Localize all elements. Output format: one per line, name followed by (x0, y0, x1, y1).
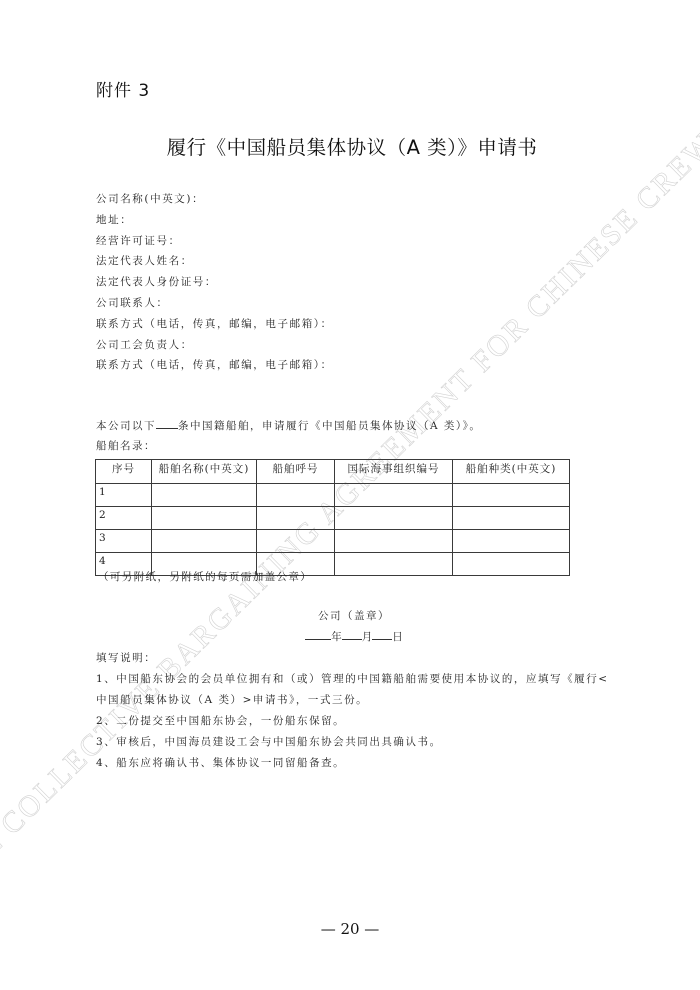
cell-ship-type (453, 484, 570, 507)
field-contact-method: 联系方式（电话，传真，邮编，电子邮箱）： (96, 314, 333, 335)
field-license-number: 经营许可证号： (96, 231, 333, 252)
header-seq: 序号 (96, 460, 152, 484)
table-row: 1 (96, 484, 570, 507)
header-imo-number: 国际海事组织编号 (335, 460, 453, 484)
cell-call-sign (257, 507, 335, 530)
field-company-contact: 公司联系人： (96, 293, 333, 314)
document-page: THE COLLECTIVE BARGAINING AGREEMENT FOR … (0, 0, 700, 990)
ship-count-blank (156, 416, 178, 429)
attachment-label: 附件 3 (96, 76, 150, 101)
day-blank (372, 627, 392, 640)
header-call-sign: 船舶呼号 (257, 460, 335, 484)
day-label: 日 (392, 631, 403, 643)
field-legal-rep-name: 法定代表人姓名： (96, 251, 333, 272)
cell-ship-name (152, 507, 257, 530)
instruction-item: 4、船东应将确认书、集体协议一同留船备查。 (96, 753, 616, 774)
year-blank (305, 627, 331, 640)
header-ship-type: 船舶种类(中英文) (453, 460, 570, 484)
application-statement: 本公司以下条中国籍船舶，申请履行《中国船员集体协议（A 类）》。 (96, 416, 481, 436)
month-label: 月 (362, 631, 373, 643)
field-address: 地址： (96, 210, 333, 231)
table-header-row: 序号 船舶名称(中英文) 船舶呼号 国际海事组织编号 船舶种类(中英文) (96, 460, 570, 484)
cell-imo-number (335, 553, 453, 576)
cell-seq: 2 (96, 507, 152, 530)
cell-ship-name (152, 484, 257, 507)
table-row: 3 (96, 530, 570, 553)
cell-ship-type (453, 553, 570, 576)
cell-imo-number (335, 484, 453, 507)
filling-instructions: 填写说明： 1、中国船东协会的会员单位拥有和（或）管理的中国籍船舶需要使用本协议… (96, 648, 616, 774)
ship-table: 序号 船舶名称(中英文) 船舶呼号 国际海事组织编号 船舶种类(中英文) 1 2 (95, 459, 570, 576)
year-label: 年 (331, 631, 342, 643)
cell-call-sign (257, 484, 335, 507)
statement-prefix: 本公司以下 (96, 420, 156, 432)
date-line: 年月日 (0, 627, 700, 647)
field-union-head: 公司工会负责人： (96, 335, 333, 356)
ship-list-label: 船舶名录： (96, 436, 156, 456)
field-legal-rep-id: 法定代表人身份证号： (96, 272, 333, 293)
instruction-item: 3、审核后，中国海员建设工会与中国船东协会共同出具确认书。 (96, 732, 616, 753)
month-blank (342, 627, 362, 640)
field-company-name: 公司名称(中英文)： (96, 189, 333, 210)
cell-call-sign (257, 530, 335, 553)
cell-imo-number (335, 507, 453, 530)
cell-ship-type (453, 530, 570, 553)
cell-seq: 3 (96, 530, 152, 553)
table-row: 2 (96, 507, 570, 530)
instruction-item: 1、中国船东协会的会员单位拥有和（或）管理的中国籍船舶需要使用本协议的，应填写《… (96, 669, 616, 711)
page-number: — 20 — (0, 920, 700, 938)
cell-ship-name (152, 530, 257, 553)
cell-imo-number (335, 530, 453, 553)
table-note: （可另附纸，另附纸的每页需加盖公章） (98, 569, 312, 585)
cell-ship-type (453, 507, 570, 530)
field-union-contact-method: 联系方式（电话，传真，邮编，电子邮箱）： (96, 355, 333, 376)
statement-suffix: 条中国籍船舶，申请履行《中国船员集体协议（A 类）》。 (178, 420, 481, 432)
instructions-heading: 填写说明： (96, 648, 616, 669)
instruction-item: 2、二份提交至中国船东协会，一份船东保留。 (96, 711, 616, 732)
document-title: 履行《中国船员集体协议（A 类）》申请书 (0, 132, 700, 160)
header-ship-name: 船舶名称(中英文) (152, 460, 257, 484)
cell-seq: 1 (96, 484, 152, 507)
company-seal-label: 公司（盖章） (0, 606, 700, 626)
company-info-fields: 公司名称(中英文)： 地址： 经营许可证号： 法定代表人姓名： 法定代表人身份证… (96, 189, 333, 376)
